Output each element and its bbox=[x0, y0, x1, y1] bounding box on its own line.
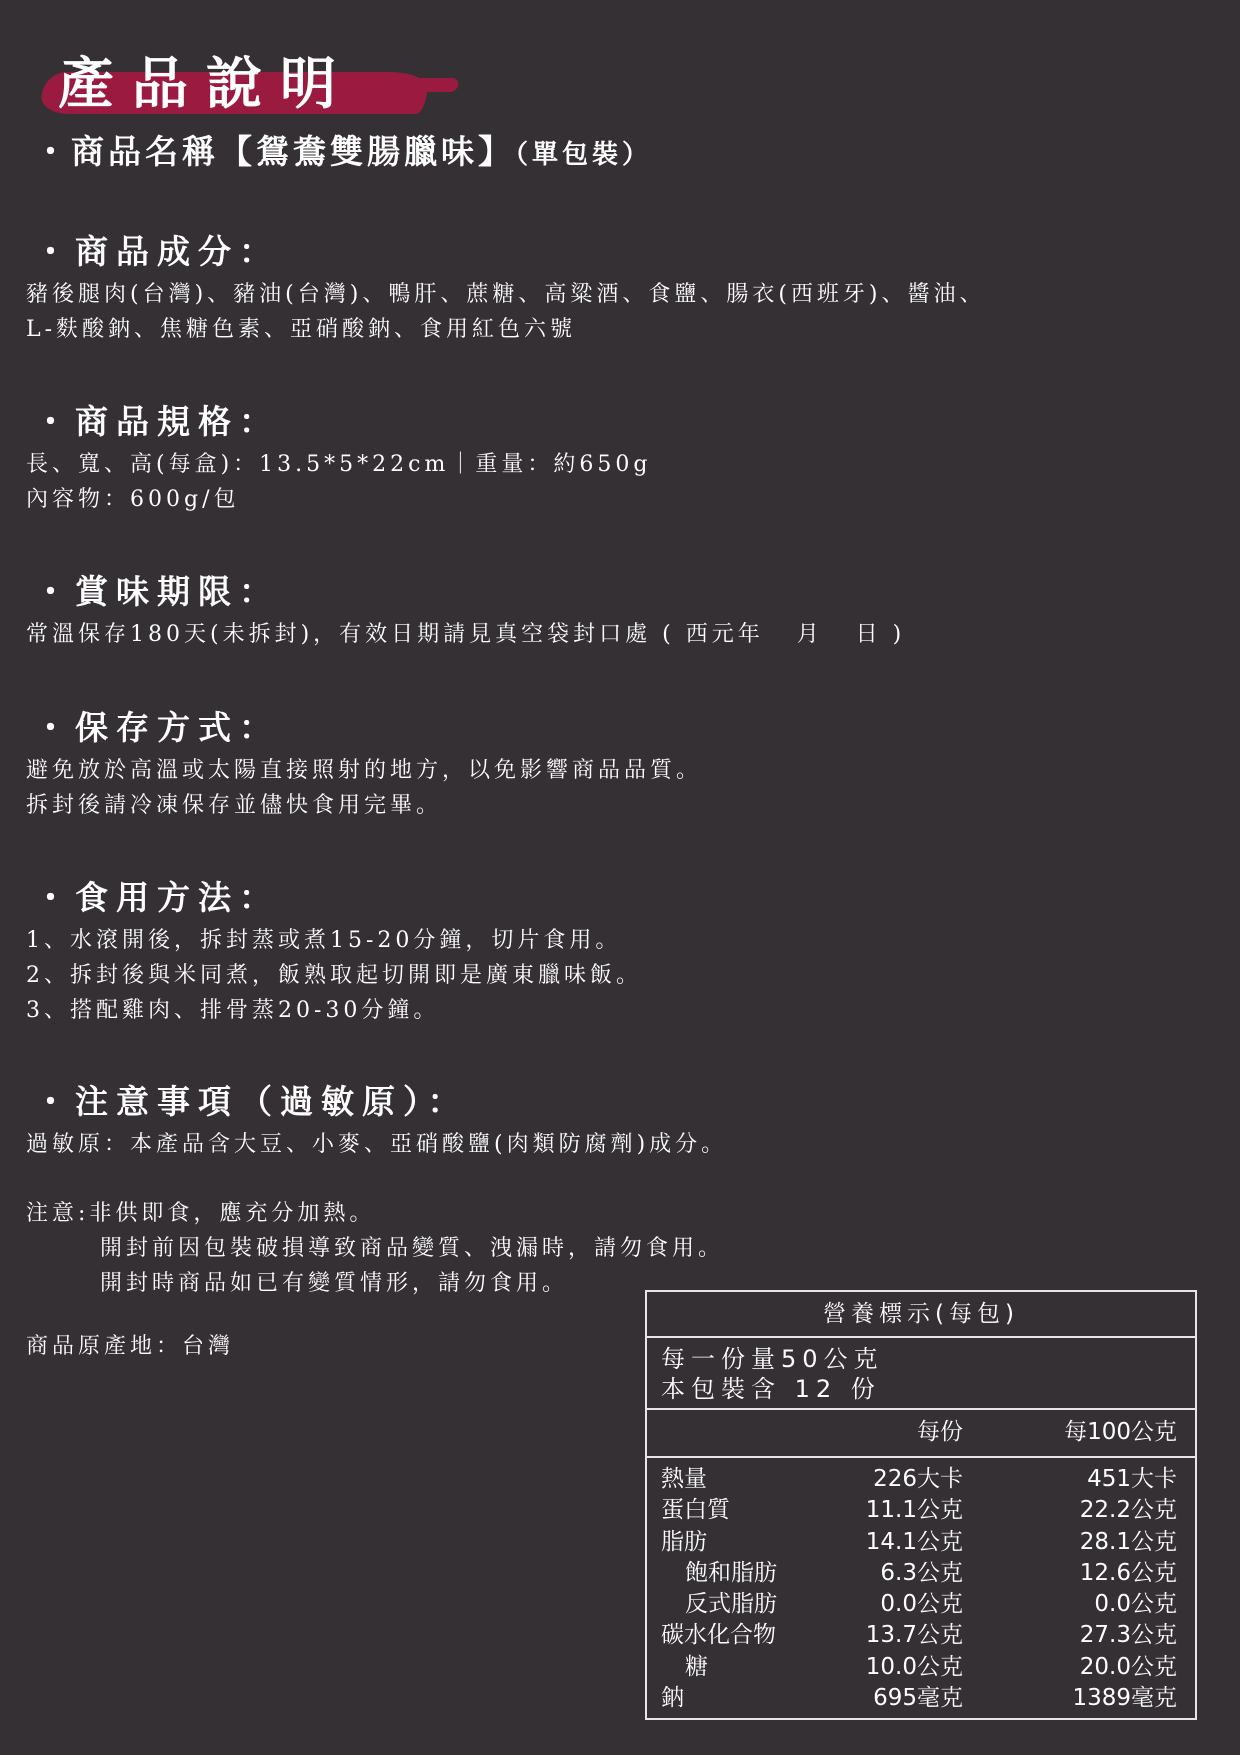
ingredients-line: L-麩酸鈉、焦糖色素、亞硝酸鈉、食用紅色六號 bbox=[26, 312, 986, 347]
per-100g-value: 0.0公克 bbox=[1094, 1589, 1177, 1620]
ingredients-heading: ・商品成分： bbox=[34, 226, 986, 273]
nutrient-label: 反式脂肪 bbox=[685, 1589, 777, 1620]
nutrient-label: 鈉 bbox=[661, 1683, 684, 1714]
per-serving-value: 0.0公克 bbox=[880, 1589, 963, 1620]
table-row: 飽和脂肪6.3公克12.6公克 bbox=[647, 1558, 1195, 1589]
per-serving-value: 11.1公克 bbox=[866, 1495, 963, 1526]
per-serving-value: 226大卡 bbox=[873, 1464, 963, 1495]
per-serving-value: 13.7公克 bbox=[866, 1620, 963, 1651]
nutrition-rows: 熱量226大卡451大卡 蛋白質11.1公克22.2公克 脂肪14.1公克28.… bbox=[647, 1458, 1195, 1714]
col-per-100g: 每100公克 bbox=[1064, 1410, 1177, 1454]
allergen-line: 過敏原：本產品含大豆、小麥、亞硝酸鹽(肉類防腐劑)成分。 bbox=[26, 1127, 727, 1162]
per-100g-value: 27.3公克 bbox=[1080, 1620, 1177, 1651]
specs-heading: ・商品規格： bbox=[34, 396, 651, 443]
ingredients-line: 豬後腿肉(台灣)、豬油(台灣)、鴨肝、蔗糖、高粱酒、食鹽、腸衣(西班牙)、醬油、 bbox=[26, 277, 986, 312]
usage-line: 3、搭配雞肉、排骨蒸20-30分鐘。 bbox=[26, 993, 642, 1028]
table-row: 碳水化合物13.7公克27.3公克 bbox=[647, 1620, 1195, 1651]
table-row: 糖10.0公克20.0公克 bbox=[647, 1652, 1195, 1683]
nutrient-label: 蛋白質 bbox=[661, 1495, 730, 1526]
caution-line: 注意:非供即食，應充分加熱。 bbox=[26, 1196, 727, 1231]
serving-info: 每一份量50公克 本包裝含 12 份 bbox=[647, 1338, 1195, 1410]
per-100g-value: 1389毫克 bbox=[1072, 1683, 1177, 1714]
shelf-life-line: 常溫保存180天(未拆封)，有效日期請見真空袋封口處 ( 西元年 月 日 ) bbox=[26, 617, 905, 652]
per-100g-value: 22.2公克 bbox=[1080, 1495, 1177, 1526]
nutrient-label: 碳水化合物 bbox=[661, 1620, 776, 1651]
product-name: ・商品名稱【鴛鴦雙腸臘味】（單包裝） bbox=[34, 126, 652, 173]
nutrient-label: 飽和脂肪 bbox=[685, 1558, 777, 1589]
serving-size: 每一份量50公克 bbox=[661, 1344, 1195, 1374]
specs-line: 長、寬、高(每盒)：13.5*5*22cm｜重量：約650g bbox=[26, 447, 651, 482]
table-row: 熱量226大卡451大卡 bbox=[647, 1464, 1195, 1495]
per-100g-value: 20.0公克 bbox=[1080, 1652, 1177, 1683]
notes-heading: ・注意事項（過敏原）： bbox=[34, 1076, 727, 1123]
shelf-life-section: ・賞味期限： 常溫保存180天(未拆封)，有效日期請見真空袋封口處 ( 西元年 … bbox=[26, 566, 905, 652]
table-row: 蛋白質11.1公克22.2公克 bbox=[647, 1495, 1195, 1526]
per-serving-value: 695毫克 bbox=[873, 1683, 963, 1714]
table-row: 反式脂肪0.0公克0.0公克 bbox=[647, 1589, 1195, 1620]
storage-section: ・保存方式： 避免放於高溫或太陽直接照射的地方，以免影響商品品質。 拆封後請冷凍… bbox=[26, 702, 702, 823]
per-serving-value: 14.1公克 bbox=[866, 1527, 963, 1558]
caution-line: 開封時商品如已有變質情形，請勿食用。 bbox=[26, 1266, 727, 1301]
usage-heading: ・食用方法： bbox=[34, 872, 642, 919]
caution-line: 開封前因包裝破損導致商品變質、洩漏時，請勿食用。 bbox=[26, 1231, 727, 1266]
storage-line: 拆封後請冷凍保存並儘快食用完畢。 bbox=[26, 788, 702, 823]
usage-line: 2、拆封後與米同煮，飯熟取起切開即是廣東臘味飯。 bbox=[26, 958, 642, 993]
table-row: 脂肪14.1公克28.1公克 bbox=[647, 1527, 1195, 1558]
origin-line: 商品原產地：台灣 bbox=[26, 1329, 727, 1364]
nutrient-label: 脂肪 bbox=[661, 1527, 707, 1558]
per-serving-value: 10.0公克 bbox=[866, 1652, 963, 1683]
nutrient-label: 糖 bbox=[685, 1652, 708, 1683]
col-per-serving: 每份 bbox=[917, 1410, 963, 1454]
specs-section: ・商品規格： 長、寬、高(每盒)：13.5*5*22cm｜重量：約650g 內容… bbox=[26, 396, 651, 517]
per-100g-value: 451大卡 bbox=[1087, 1464, 1177, 1495]
usage-line: 1、水滾開後，拆封蒸或煮15-20分鐘，切片食用。 bbox=[26, 923, 642, 958]
package-note: （單包裝） bbox=[515, 140, 652, 170]
nutrient-label: 熱量 bbox=[661, 1464, 707, 1495]
per-100g-value: 12.6公克 bbox=[1080, 1558, 1177, 1589]
storage-line: 避免放於高溫或太陽直接照射的地方，以免影響商品品質。 bbox=[26, 753, 702, 788]
page-title: 產品說明 bbox=[58, 40, 354, 120]
notes-section: ・注意事項（過敏原）： 過敏原：本產品含大豆、小麥、亞硝酸鹽(肉類防腐劑)成分。… bbox=[26, 1076, 727, 1364]
product-name-text: ・商品名稱【鴛鴦雙腸臘味】 bbox=[34, 132, 515, 171]
table-row: 鈉695毫克1389毫克 bbox=[647, 1683, 1195, 1714]
servings-per-pack: 本包裝含 12 份 bbox=[661, 1374, 1195, 1404]
specs-line: 內容物：600g/包 bbox=[26, 482, 651, 517]
nutrition-column-headers: 每份 每100公克 bbox=[647, 1410, 1195, 1458]
ingredients-section: ・商品成分： 豬後腿肉(台灣)、豬油(台灣)、鴨肝、蔗糖、高粱酒、食鹽、腸衣(西… bbox=[26, 226, 986, 347]
usage-section: ・食用方法： 1、水滾開後，拆封蒸或煮15-20分鐘，切片食用。 2、拆封後與米… bbox=[26, 872, 642, 1028]
storage-heading: ・保存方式： bbox=[34, 702, 702, 749]
per-serving-value: 6.3公克 bbox=[880, 1558, 963, 1589]
per-100g-value: 28.1公克 bbox=[1080, 1527, 1177, 1558]
nutrition-title: 營養標示(每包) bbox=[647, 1292, 1195, 1338]
shelf-life-heading: ・賞味期限： bbox=[34, 566, 905, 613]
nutrition-table: 營養標示(每包) 每一份量50公克 本包裝含 12 份 每份 每100公克 熱量… bbox=[645, 1290, 1197, 1720]
